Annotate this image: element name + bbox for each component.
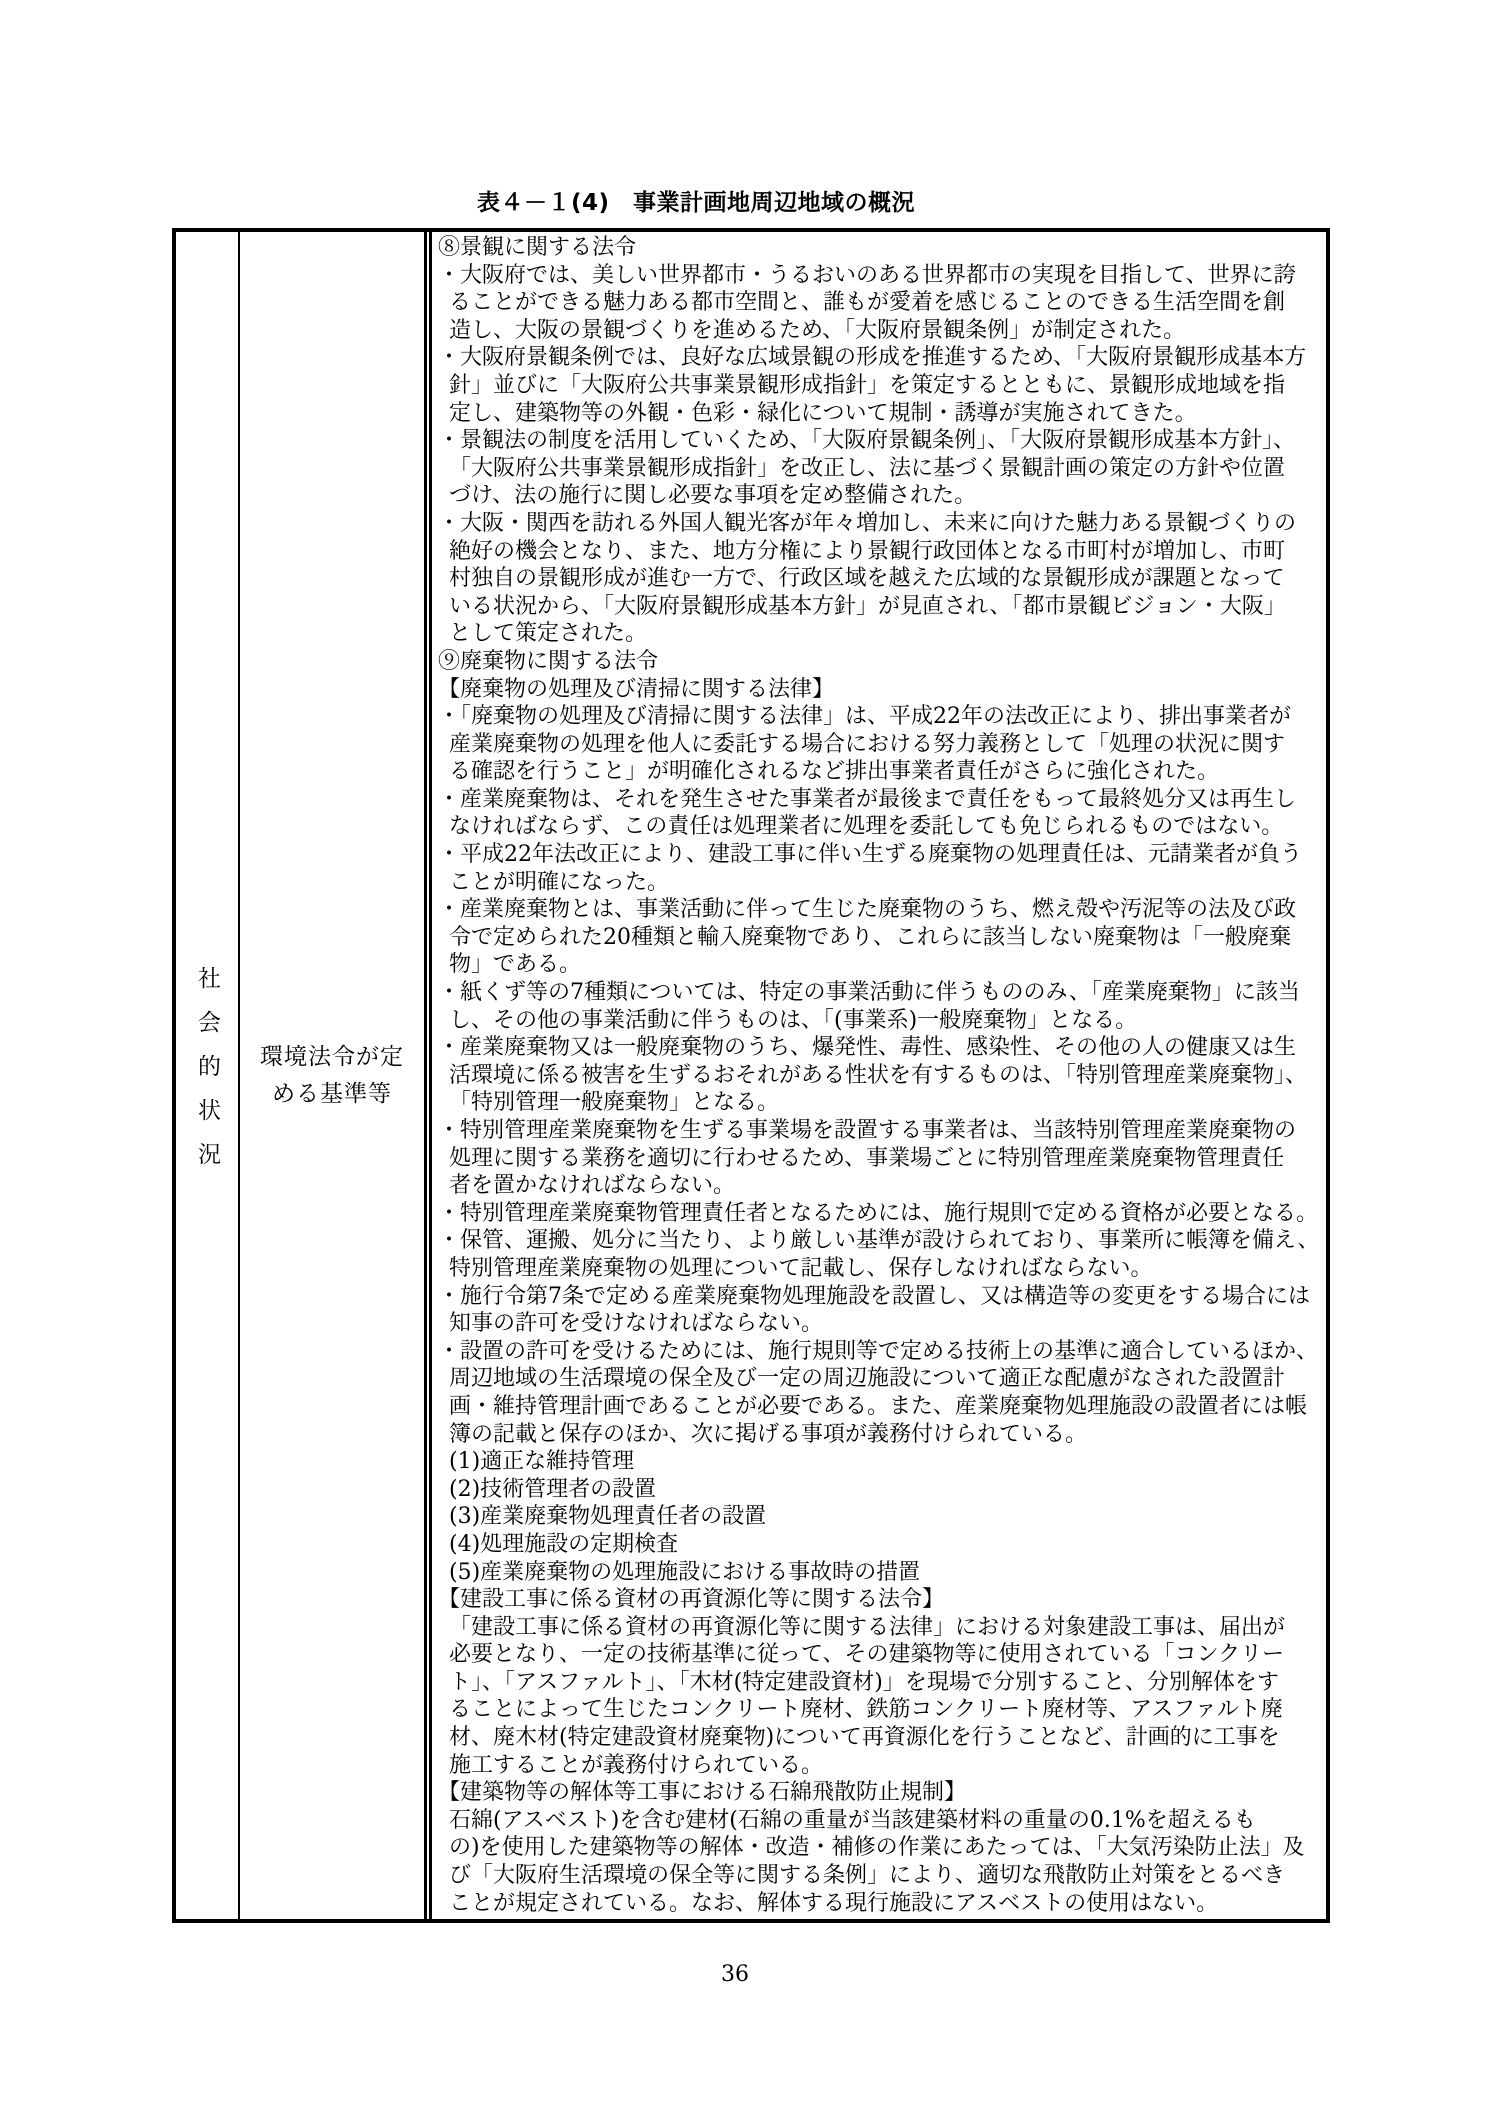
- table-title: 表４－１(4) 事業計画地周辺地域の概況: [477, 184, 915, 217]
- text-line: 【建設工事に係る資材の再資源化等に関する法令】: [438, 1586, 1323, 1614]
- content-cell: ⑧景観に関する法令・大阪府では、美しい世界都市・うるおいのある世界都市の実現を目…: [432, 232, 1326, 1919]
- text-line: ・産業廃棄物は、それを発生させた事業者が最後まで責任をもって最終処分又は再生し: [438, 786, 1323, 814]
- document-page: 表４－１(4) 事業計画地周辺地域の概況 社会的状況 環境法令が定 める基準等 …: [0, 0, 1500, 2122]
- text-line: ることができる魅力ある都市空間と、誰もが愛着を感じることのできる生活空間を創: [438, 289, 1323, 317]
- text-line: 活環境に係る被害を生ずるおそれがある性状を有するものは、「特別管理産業廃棄物」、: [438, 1062, 1323, 1090]
- text-line: ・大阪・関西を訪れる外国人観光客が年々増加し、未来に向けた魅力ある景観づくりの: [438, 510, 1323, 538]
- text-line: 絶好の機会となり、また、地方分権により景観行政団体となる市町村が増加し、市町: [438, 538, 1323, 566]
- text-line: ・特別管理産業廃棄物管理責任者となるためには、施行規則で定める資格が必要となる。: [438, 1200, 1323, 1228]
- subcategory-label-line2: める基準等: [260, 1076, 404, 1113]
- text-line: 物」である。: [438, 951, 1323, 979]
- text-line: 必要となり、一定の技術基準に従って、その建築物等に使用されている「コンクリー: [438, 1641, 1323, 1669]
- subcategory-label: 環境法令が定 める基準等: [260, 1039, 404, 1113]
- text-line: (5)産業廃棄物の処理施設における事故時の措置: [438, 1559, 1323, 1587]
- text-line: いる状況から、「大阪府景観形成基本方針」が見直され、「都市景観ビジョン・大阪」: [438, 593, 1323, 621]
- text-line: ・景観法の制度を活用していくため、「大阪府景観条例」、「大阪府景観形成基本方針」…: [438, 427, 1323, 455]
- text-line: 【建築物等の解体等工事における石綿飛散防止規制】: [438, 1779, 1323, 1807]
- text-line: ・産業廃棄物とは、事業活動に伴って生じた廃棄物のうち、燃え殻や汚泥等の法及び政: [438, 896, 1323, 924]
- text-line: (3)産業廃棄物処理責任者の設置: [438, 1503, 1323, 1531]
- text-line: ・平成22年法改正により、建設工事に伴い生ずる廃棄物の処理責任は、元請業者が負う: [438, 841, 1323, 869]
- text-line: 周辺地域の生活環境の保全及び一定の周辺施設について適正な配慮がなされた設置計: [438, 1365, 1323, 1393]
- text-line: 「建設工事に係る資材の再資源化等に関する法律」における対象建設工事は、届出が: [438, 1614, 1323, 1642]
- subcategory-label-line1: 環境法令が定: [260, 1039, 404, 1076]
- text-line: 定し、建築物等の外観・色彩・緑化について規制・誘導が実施されてきた。: [438, 400, 1323, 428]
- text-line: (4)処理施設の定期検査: [438, 1531, 1323, 1559]
- text-line: として策定された。: [438, 620, 1323, 648]
- text-line: ことが規定されている。なお、解体する現行施設にアスベストの使用はない。: [438, 1890, 1323, 1918]
- text-line: ⑧景観に関する法令: [438, 234, 1323, 262]
- text-line: (1)適正な維持管理: [438, 1448, 1323, 1476]
- subcategory-cell: 環境法令が定 める基準等: [240, 232, 432, 1919]
- text-line: び「大阪府生活環境の保全等に関する条例」により、適切な飛散防止対策をとるべき: [438, 1862, 1323, 1890]
- text-line: ・施行令第7条で定める産業廃棄物処理施設を設置し、又は構造等の変更をする場合には: [438, 1283, 1323, 1311]
- content-text: ⑧景観に関する法令・大阪府では、美しい世界都市・うるおいのある世界都市の実現を目…: [438, 234, 1323, 1917]
- text-line: 施工することが義務付けられている。: [438, 1752, 1323, 1780]
- text-line: 造し、大阪の景観づくりを進めるため、「大阪府景観条例」が制定された。: [438, 317, 1323, 345]
- text-line: 知事の許可を受けなければならない。: [438, 1310, 1323, 1338]
- text-line: 産業廃棄物の処理を他人に委託する場合における努力義務として「処理の状況に関す: [438, 731, 1323, 759]
- text-line: ・保管、運搬、処分に当たり、より厳しい基準が設けられており、事業所に帳簿を備え、: [438, 1227, 1323, 1255]
- text-line: 簿の記載と保存のほか、次に掲げる事項が義務付けられている。: [438, 1421, 1323, 1449]
- text-line: ことが明確になった。: [438, 869, 1323, 897]
- text-line: 村独自の景観形成が進む一方で、行政区域を越えた広域的な景観形成が課題となって: [438, 565, 1323, 593]
- text-line: ・特別管理産業廃棄物を生ずる事業場を設置する事業者は、当該特別管理産業廃棄物の: [438, 1117, 1323, 1145]
- text-line: ることによって生じたコンクリート廃材、鉄筋コンクリート廃材等、アスファルト廃: [438, 1696, 1323, 1724]
- text-line: 特別管理産業廃棄物の処理について記載し、保存しなければならない。: [438, 1255, 1323, 1283]
- text-line: づけ、法の施行に関し必要な事項を定め整備された。: [438, 482, 1323, 510]
- text-line: 画・維持管理計画であることが必要である。また、産業廃棄物処理施設の設置者には帳: [438, 1393, 1323, 1421]
- text-line: 「大阪府公共事業景観形成指針」を改正し、法に基づく景観計画の策定の方針や位置: [438, 455, 1323, 483]
- text-line: (2)技術管理者の設置: [438, 1476, 1323, 1504]
- category-cell: 社会的状況: [176, 232, 240, 1919]
- text-line: ⑨廃棄物に関する法令: [438, 648, 1323, 676]
- text-line: ・産業廃棄物又は一般廃棄物のうち、爆発性、毒性、感染性、その他の人の健康又は生: [438, 1034, 1323, 1062]
- text-line: し、その他の事業活動に伴うものは、「(事業系)一般廃棄物」となる。: [438, 1007, 1323, 1035]
- overview-table: 社会的状況 環境法令が定 める基準等 ⑧景観に関する法令・大阪府では、美しい世界…: [172, 228, 1330, 1923]
- text-line: 針」並びに「大阪府公共事業景観形成指針」を策定するとともに、景観形成地域を指: [438, 372, 1323, 400]
- text-line: 「特別管理一般廃棄物」となる。: [438, 1089, 1323, 1117]
- text-line: 【廃棄物の処理及び清掃に関する法律】: [438, 676, 1323, 704]
- text-line: ・大阪府では、美しい世界都市・うるおいのある世界都市の実現を目指して、世界に誇: [438, 262, 1323, 290]
- text-line: 石綿(アスベスト)を含む建材(石綿の重量が当該建築材料の重量の0.1%を超えるも: [438, 1807, 1323, 1835]
- text-line: 令で定められた20種類と輸入廃棄物であり、これらに該当しない廃棄物は「一般廃棄: [438, 924, 1323, 952]
- text-line: 処理に関する業務を適切に行わせるため、事業場ごとに特別管理産業廃棄物管理責任: [438, 1145, 1323, 1173]
- text-line: ・設置の許可を受けるためには、施行規則等で定める技術上の基準に適合しているほか、: [438, 1338, 1323, 1366]
- text-line: る確認を行うこと」が明確化されるなど排出事業者責任がさらに強化された。: [438, 758, 1323, 786]
- text-line: 材、廃木材(特定建設資材廃棄物)について再資源化を行うことなど、計画的に工事を: [438, 1724, 1323, 1752]
- text-line: ト」、「アスファルト」、「木材(特定建設資材)」を現場で分別すること、分別解体を…: [438, 1669, 1323, 1697]
- text-line: ・大阪府景観条例では、良好な広域景観の形成を推進するため、「大阪府景観形成基本方: [438, 344, 1323, 372]
- text-line: なければならず、この責任は処理業者に処理を委託しても免じられるものではない。: [438, 813, 1323, 841]
- text-line: ・紙くず等の7種類については、特定の事業活動に伴うもののみ、「産業廃棄物」に該当: [438, 979, 1323, 1007]
- page-number: 36: [0, 1962, 1470, 1987]
- category-label: 社会的状況: [175, 966, 239, 1186]
- text-line: の)を使用した建築物等の解体・改造・補修の作業にあたっては、「大気汚染防止法」及: [438, 1834, 1323, 1862]
- text-line: ・「廃棄物の処理及び清掃に関する法律」は、平成22年の法改正により、排出事業者が: [438, 703, 1323, 731]
- text-line: 者を置かなければならない。: [438, 1172, 1323, 1200]
